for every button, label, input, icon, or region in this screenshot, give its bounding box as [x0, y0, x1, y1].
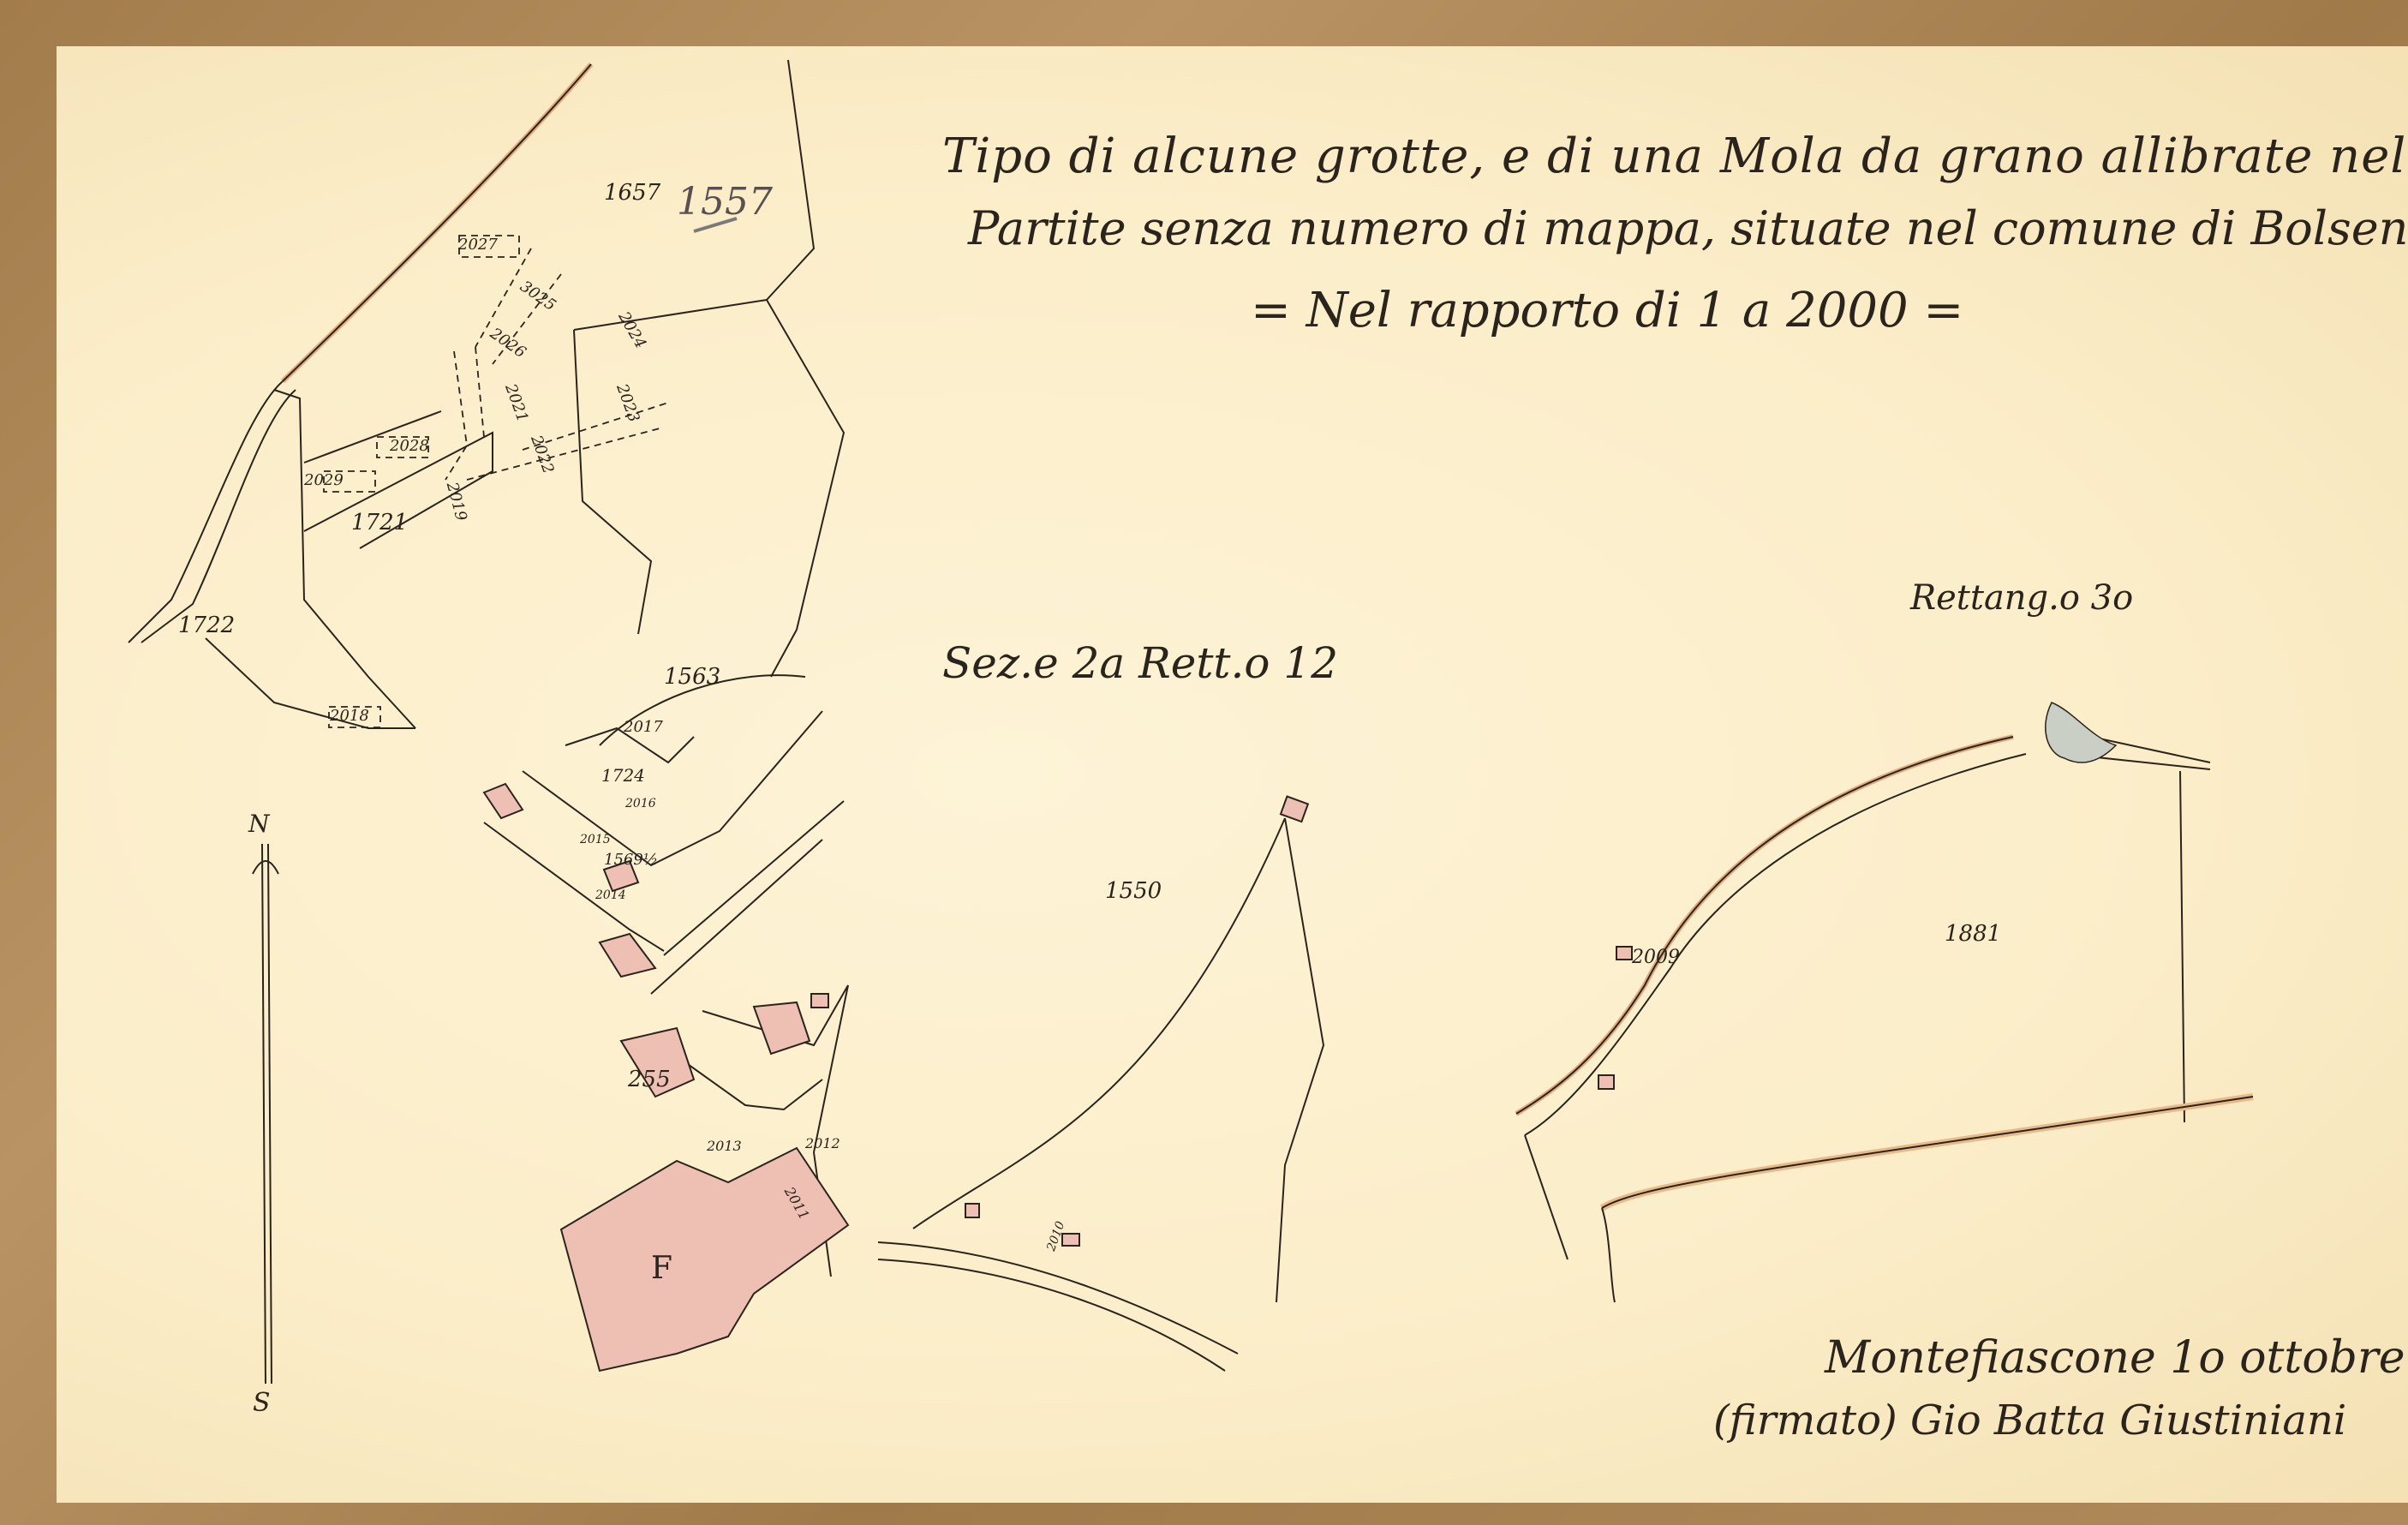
map-title-line-2: Partite senza numero di mappa, situate n…	[968, 201, 2408, 255]
parcel-label-255: 255	[628, 1067, 671, 1092]
scale-statement: = Nel rapporto di 1 a 2000 =	[1251, 283, 1963, 338]
parcel-label-2027: 2027	[458, 236, 498, 254]
section-label-sez2: Sez.e 2a Rett.o 12	[942, 638, 1338, 688]
compass-south-label: S	[253, 1388, 271, 1418]
parcel-label-F: F	[651, 1251, 672, 1286]
parcel-label-1550: 1550	[1105, 878, 1162, 904]
pencil-note: 1557	[677, 180, 773, 224]
parcel-label-1563: 1563	[664, 664, 720, 690]
parcel-label-2012: 2012	[805, 1135, 840, 1151]
parcel-label-1722: 1722	[178, 613, 235, 638]
section-label-rettang3: Rettang.o 3o	[1910, 578, 2133, 618]
parcel-label-2028: 2028	[390, 437, 429, 455]
parcel-label-2014: 2014	[595, 888, 626, 902]
parcel-label-2015: 2015	[580, 833, 611, 846]
parcel-label-1881: 1881	[1945, 921, 2001, 947]
parcel-label-1721: 1721	[351, 510, 408, 535]
parcel-label-2017: 2017	[624, 718, 663, 736]
parcel-label-2013: 2013	[707, 1138, 742, 1154]
parcel-label-2029: 2029	[304, 471, 344, 489]
signature: (firmato) Gio Batta Giustiniani	[1713, 1396, 2346, 1444]
parcel-label-2018: 2018	[330, 707, 369, 725]
parcel-label-1569half: 1569½	[604, 851, 658, 869]
compass-north-label: N	[248, 810, 270, 838]
map-title-line-1: Tipo di alcune grotte, e di una Mola da …	[942, 129, 2408, 184]
parcel-label-1724: 1724	[601, 765, 645, 786]
parcel-label-2016: 2016	[625, 797, 656, 810]
place-date: Montefiascone 1o ottobre 1879	[1825, 1332, 2408, 1384]
parcel-label-1657: 1657	[604, 180, 660, 206]
parcel-label-2009: 2009	[1632, 947, 1680, 968]
